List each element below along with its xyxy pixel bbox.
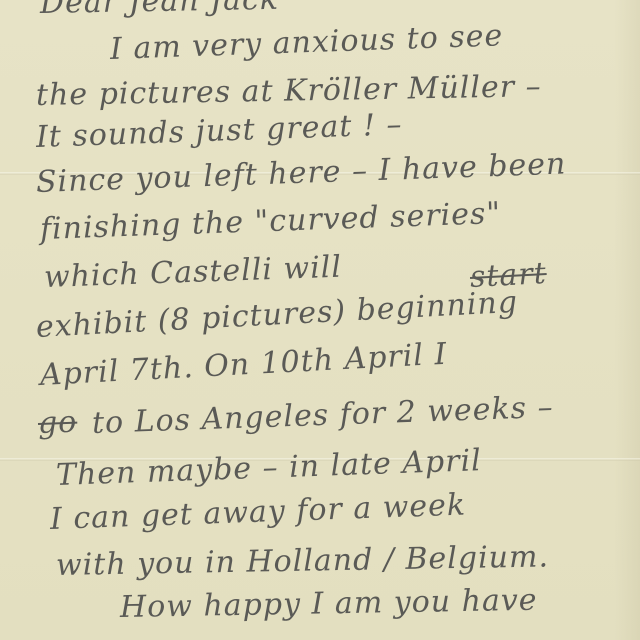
handwritten-line: finishing the "curved series" — [39, 196, 501, 247]
handwritten-line: Then maybe – in late April — [55, 443, 482, 493]
struck-out-word: go — [37, 405, 77, 441]
handwritten-line: April 7th. On 10th April I — [39, 337, 448, 393]
handwritten-line: with you in Holland / Belgium. — [56, 539, 550, 583]
letter-page: Dear Jean Jack I am very anxious to seet… — [0, 0, 640, 640]
handwritten-line: Since you left here – I have been — [35, 146, 566, 199]
handwritten-line: It sounds just great ! – — [35, 107, 403, 155]
handwritten-line: I am very anxious to see — [109, 18, 503, 67]
handwritten-line: How happy I am you have — [120, 583, 538, 625]
handwritten-line: to Los Angeles for 2 weeks – — [91, 390, 554, 441]
handwritten-line: which Castelli will — [43, 250, 342, 295]
handwritten-line: I can get away for a week — [49, 487, 466, 537]
struck-out-word: start — [469, 256, 547, 295]
salutation: Dear Jean Jack — [40, 0, 280, 21]
handwritten-line: the pictures at Kröller Müller – — [36, 69, 542, 113]
